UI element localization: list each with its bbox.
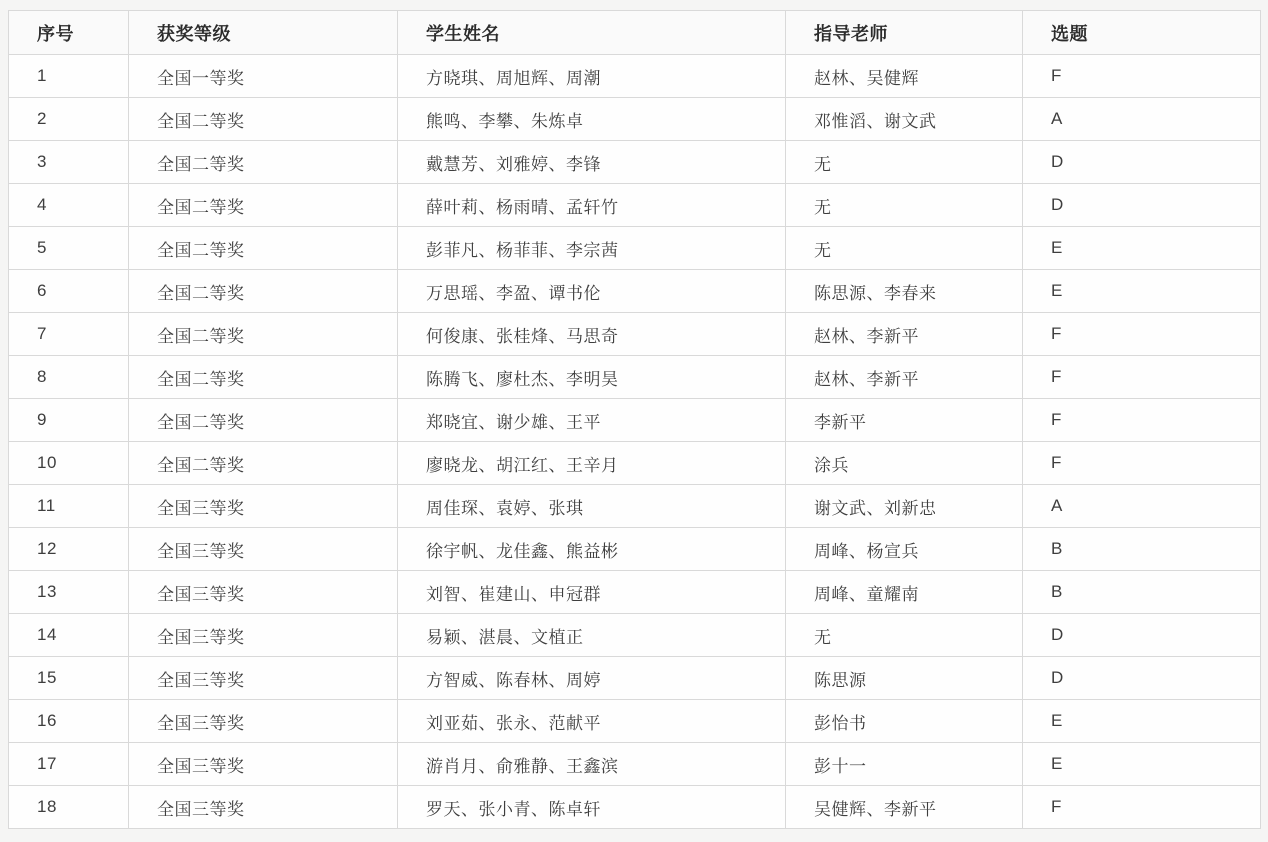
cell-advisors: 赵林、吴健辉 [786,55,1023,98]
cell-award: 全国三等奖 [129,657,398,700]
cell-students: 郑晓宜、谢少雄、王平 [398,399,786,442]
table-row: 7全国二等奖何俊康、张桂烽、马思奇赵林、李新平F [9,313,1261,356]
cell-award: 全国二等奖 [129,98,398,141]
cell-index: 12 [9,528,129,571]
cell-students: 廖晓龙、胡江红、王辛月 [398,442,786,485]
table-row: 3全国二等奖戴慧芳、刘雅婷、李锋无D [9,141,1261,184]
cell-advisors: 谢文武、刘新忠 [786,485,1023,528]
cell-students: 刘亚茹、张永、范献平 [398,700,786,743]
header-row: 序号获奖等级学生姓名指导老师选题 [9,11,1261,55]
table-row: 18全国三等奖罗天、张小青、陈卓轩吴健辉、李新平F [9,786,1261,829]
cell-topic: D [1023,184,1261,227]
award-results-table: 序号获奖等级学生姓名指导老师选题 1全国一等奖方晓琪、周旭辉、周潮赵林、吴健辉F… [8,10,1261,829]
cell-index: 17 [9,743,129,786]
cell-topic: D [1023,614,1261,657]
cell-index: 10 [9,442,129,485]
cell-topic: F [1023,356,1261,399]
cell-topic: F [1023,786,1261,829]
cell-topic: F [1023,313,1261,356]
table-header: 序号获奖等级学生姓名指导老师选题 [9,11,1261,55]
cell-students: 易颖、湛晨、文植正 [398,614,786,657]
cell-students: 熊鸣、李攀、朱炼卓 [398,98,786,141]
cell-index: 16 [9,700,129,743]
column-header-topic: 选题 [1023,11,1261,55]
cell-award: 全国三等奖 [129,743,398,786]
cell-advisors: 邓惟滔、谢文武 [786,98,1023,141]
cell-award: 全国三等奖 [129,485,398,528]
cell-award: 全国二等奖 [129,313,398,356]
cell-award: 全国二等奖 [129,270,398,313]
cell-award: 全国一等奖 [129,55,398,98]
column-header-award: 获奖等级 [129,11,398,55]
cell-index: 2 [9,98,129,141]
table-row: 14全国三等奖易颖、湛晨、文植正无D [9,614,1261,657]
table-row: 17全国三等奖游肖月、俞雅静、王鑫滨彭十一E [9,743,1261,786]
cell-topic: E [1023,700,1261,743]
cell-index: 6 [9,270,129,313]
cell-topic: B [1023,571,1261,614]
cell-advisors: 彭十一 [786,743,1023,786]
cell-topic: D [1023,657,1261,700]
cell-topic: B [1023,528,1261,571]
cell-index: 15 [9,657,129,700]
cell-students: 彭菲凡、杨菲菲、李宗茜 [398,227,786,270]
table-row: 6全国二等奖万思瑶、李盈、谭书伦陈思源、李春来E [9,270,1261,313]
cell-award: 全国二等奖 [129,184,398,227]
cell-advisors: 无 [786,141,1023,184]
cell-students: 游肖月、俞雅静、王鑫滨 [398,743,786,786]
cell-students: 万思瑶、李盈、谭书伦 [398,270,786,313]
table-row: 12全国三等奖徐宇帆、龙佳鑫、熊益彬周峰、杨宣兵B [9,528,1261,571]
cell-topic: A [1023,98,1261,141]
cell-students: 薛叶莉、杨雨晴、孟轩竹 [398,184,786,227]
cell-advisors: 周峰、杨宣兵 [786,528,1023,571]
table-row: 10全国二等奖廖晓龙、胡江红、王辛月涂兵F [9,442,1261,485]
cell-students: 何俊康、张桂烽、马思奇 [398,313,786,356]
cell-advisors: 周峰、童耀南 [786,571,1023,614]
cell-advisors: 无 [786,614,1023,657]
table-row: 9全国二等奖郑晓宜、谢少雄、王平李新平F [9,399,1261,442]
cell-topic: F [1023,442,1261,485]
cell-topic: E [1023,270,1261,313]
cell-topic: E [1023,743,1261,786]
table-row: 13全国三等奖刘智、崔建山、申冠群周峰、童耀南B [9,571,1261,614]
cell-topic: F [1023,399,1261,442]
table-row: 8全国二等奖陈腾飞、廖杜杰、李明昊赵林、李新平F [9,356,1261,399]
cell-students: 方智威、陈春林、周婷 [398,657,786,700]
cell-index: 13 [9,571,129,614]
cell-award: 全国三等奖 [129,528,398,571]
cell-award: 全国二等奖 [129,442,398,485]
cell-students: 方晓琪、周旭辉、周潮 [398,55,786,98]
table-row: 15全国三等奖方智威、陈春林、周婷陈思源D [9,657,1261,700]
cell-students: 徐宇帆、龙佳鑫、熊益彬 [398,528,786,571]
cell-index: 3 [9,141,129,184]
cell-award: 全国二等奖 [129,141,398,184]
cell-advisors: 无 [786,227,1023,270]
cell-index: 18 [9,786,129,829]
cell-index: 4 [9,184,129,227]
cell-students: 周佳琛、袁婷、张琪 [398,485,786,528]
cell-advisors: 赵林、李新平 [786,356,1023,399]
cell-award: 全国二等奖 [129,356,398,399]
cell-topic: E [1023,227,1261,270]
cell-students: 戴慧芳、刘雅婷、李锋 [398,141,786,184]
cell-students: 刘智、崔建山、申冠群 [398,571,786,614]
cell-index: 8 [9,356,129,399]
column-header-index: 序号 [9,11,129,55]
cell-advisors: 无 [786,184,1023,227]
cell-topic: A [1023,485,1261,528]
cell-advisors: 李新平 [786,399,1023,442]
cell-award: 全国二等奖 [129,399,398,442]
cell-advisors: 涂兵 [786,442,1023,485]
column-header-students: 学生姓名 [398,11,786,55]
cell-students: 陈腾飞、廖杜杰、李明昊 [398,356,786,399]
cell-students: 罗天、张小青、陈卓轩 [398,786,786,829]
cell-award: 全国三等奖 [129,786,398,829]
cell-index: 14 [9,614,129,657]
column-header-advisors: 指导老师 [786,11,1023,55]
cell-award: 全国三等奖 [129,571,398,614]
table-row: 11全国三等奖周佳琛、袁婷、张琪谢文武、刘新忠A [9,485,1261,528]
cell-advisors: 彭怡书 [786,700,1023,743]
cell-advisors: 陈思源、李春来 [786,270,1023,313]
cell-topic: F [1023,55,1261,98]
table-row: 4全国二等奖薛叶莉、杨雨晴、孟轩竹无D [9,184,1261,227]
page: 序号获奖等级学生姓名指导老师选题 1全国一等奖方晓琪、周旭辉、周潮赵林、吴健辉F… [0,0,1268,842]
cell-index: 7 [9,313,129,356]
cell-index: 5 [9,227,129,270]
cell-index: 9 [9,399,129,442]
table-row: 2全国二等奖熊鸣、李攀、朱炼卓邓惟滔、谢文武A [9,98,1261,141]
cell-award: 全国三等奖 [129,700,398,743]
cell-index: 11 [9,485,129,528]
cell-advisors: 赵林、李新平 [786,313,1023,356]
cell-award: 全国二等奖 [129,227,398,270]
table-row: 5全国二等奖彭菲凡、杨菲菲、李宗茜无E [9,227,1261,270]
cell-advisors: 陈思源 [786,657,1023,700]
table-row: 1全国一等奖方晓琪、周旭辉、周潮赵林、吴健辉F [9,55,1261,98]
table-body: 1全国一等奖方晓琪、周旭辉、周潮赵林、吴健辉F2全国二等奖熊鸣、李攀、朱炼卓邓惟… [9,55,1261,829]
cell-topic: D [1023,141,1261,184]
cell-award: 全国三等奖 [129,614,398,657]
cell-index: 1 [9,55,129,98]
table-row: 16全国三等奖刘亚茹、张永、范献平彭怡书E [9,700,1261,743]
cell-advisors: 吴健辉、李新平 [786,786,1023,829]
